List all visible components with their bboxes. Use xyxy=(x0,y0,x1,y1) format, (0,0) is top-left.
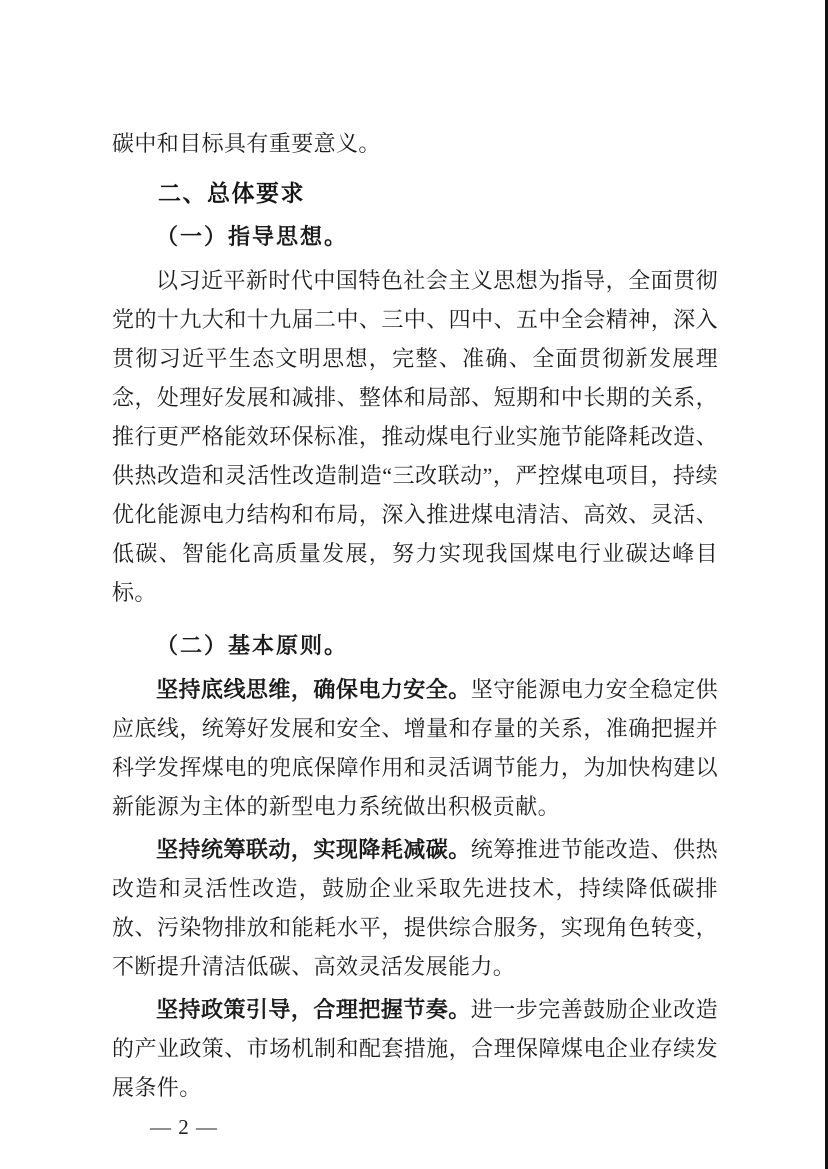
guiding-ideology-paragraph: 以习近平新时代中国特色社会主义思想为指导，全面贯彻党的十九大和十九届二中、三中、… xyxy=(112,261,718,612)
principle-lead: 坚持统筹联动，实现降耗减碳。 xyxy=(156,837,471,862)
principle-paragraph-coordinated-retrofit: 坚持统筹联动，实现降耗减碳。统筹推进节能改造、供热改造和灵活性改造，鼓励企业采取… xyxy=(112,830,718,986)
document-page: { "page": { "background": "#ffffff", "ed… xyxy=(0,0,828,1169)
principle-paragraph-policy-guidance: 坚持政策引导，合理把握节奏。进一步完善鼓励企业改造的产业政策、市场机制和配套措施… xyxy=(112,990,718,1107)
page-number: — 2 — xyxy=(112,1108,718,1147)
principle-lead: 坚持政策引导，合理把握节奏。 xyxy=(156,997,471,1022)
principle-lead: 坚持底线思维，确保电力安全。 xyxy=(156,677,471,702)
continuation-paragraph: 碳中和目标具有重要意义。 xyxy=(112,124,718,163)
section-heading: 二、总体要求 xyxy=(112,174,718,213)
principle-paragraph-power-security: 坚持底线思维，确保电力安全。坚守能源电力安全稳定供应底线，统筹好发展和安全、增量… xyxy=(112,670,718,826)
subsection-heading-guiding-ideology: （一）指导思想。 xyxy=(112,217,718,256)
subsection-heading-basic-principles: （二）基本原则。 xyxy=(112,626,718,665)
document-content: 碳中和目标具有重要意义。 二、总体要求 （一）指导思想。 以习近平新时代中国特色… xyxy=(112,124,718,1147)
